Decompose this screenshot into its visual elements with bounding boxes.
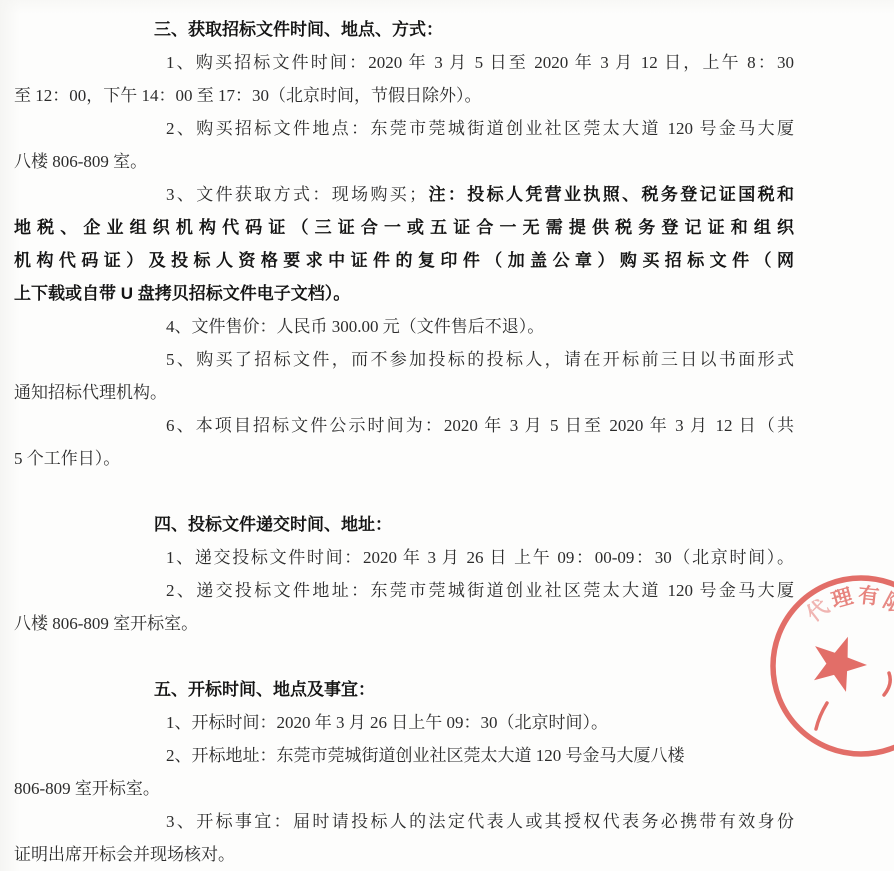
document-page: 三、获取招标文件时间、地点、方式：1、购买招标文件时间：2020 年 3 月 5…	[14, 13, 794, 871]
text-run: 三、获取招标文件时间、地点、方式：	[154, 20, 443, 39]
text-line: 八楼 806-809 室。	[14, 145, 794, 178]
text-run: 5 个工作日）。	[14, 449, 120, 468]
text-run: 2、递交投标文件地址：东莞市莞城街道创业社区莞太大道 120 号金马大厦	[166, 581, 794, 600]
seal-char: 有	[857, 583, 880, 609]
text-line: 5、购买了招标文件，而不参加投标的投标人，请在开标前三日以书面形式	[14, 343, 794, 376]
text-line: 806-809 室开标室。	[14, 772, 794, 805]
text-run: 2、开标地址：东莞市莞城街道创业社区莞太大道 120 号金马大厦八楼	[166, 746, 685, 765]
text-line: 2、开标地址：东莞市莞城街道创业社区莞太大道 120 号金马大厦八楼	[14, 739, 794, 772]
text-run: 八楼 806-809 室。	[14, 152, 147, 171]
text-line: 至 12：00，下午 14：00 至 17：30（北京时间，节假日除外）。	[14, 79, 794, 112]
text-line: 通知招标代理机构。	[14, 376, 794, 409]
seal-star-icon	[814, 637, 867, 692]
text-line: 1、购买招标文件时间：2020 年 3 月 5 日至 2020 年 3 月 12…	[14, 46, 794, 79]
text-line: 5 个工作日）。	[14, 442, 794, 475]
text-line: 3、文件获取方式：现场购买；注：投标人凭营业执照、税务登记证国税和	[14, 178, 794, 211]
text-run: 6、本项目招标文件公示时间为：2020 年 3 月 5 日至 2020 年 3 …	[166, 416, 794, 435]
text-line: 2、递交投标文件地址：东莞市莞城街道创业社区莞太大道 120 号金马大厦	[14, 574, 794, 607]
text-line: 证明出席开标会并现场核对。	[14, 838, 794, 871]
text-run: 1、递交投标文件时间：2020 年 3 月 26 日 上午 09：00-09：3…	[166, 548, 794, 567]
text-run: 806-809 室开标室。	[14, 779, 160, 798]
text-run: 2、购买招标文件地点：东莞市莞城街道创业社区莞太大道 120 号金马大厦	[166, 119, 794, 138]
text-run: 1、购买招标文件时间：2020 年 3 月 5 日至 2020 年 3 月 12…	[166, 53, 794, 72]
text-line: 4、文件售价：人民币 300.00 元（文件售后不退）。	[14, 310, 794, 343]
section-heading: 五、开标时间、地点及事宜：	[14, 673, 794, 706]
text-run: 3、文件获取方式：现场购买；	[166, 185, 426, 204]
seal-bottom-left-stroke	[816, 703, 827, 729]
seal-char: 理	[829, 585, 856, 613]
seal-right-stroke	[884, 673, 890, 695]
section-heading: 四、投标文件递交时间、地址：	[14, 508, 794, 541]
text-run: 3、开标事宜：届时请投标人的法定代表人或其授权代表务必携带有效身份	[166, 812, 794, 831]
text-run: 通知招标代理机构。	[14, 383, 167, 402]
text-run: 5、购买了招标文件，而不参加投标的投标人，请在开标前三日以书面形式	[166, 350, 794, 369]
text-line: 1、递交投标文件时间：2020 年 3 月 26 日 上午 09：00-09：3…	[14, 541, 794, 574]
text-run: 至 12：00，下午 14：00 至 17：30（北京时间，节假日除外）。	[14, 86, 482, 105]
text-run: 机构代码证）及投标人资格要求中证件的复印件（加盖公章）购买招标文件（网	[14, 251, 794, 270]
text-line: 6、本项目招标文件公示时间为：2020 年 3 月 5 日至 2020 年 3 …	[14, 409, 794, 442]
text-run: 1、开标时间：2020 年 3 月 26 日上午 09：30（北京时间）。	[166, 713, 608, 732]
seal-char: 限	[879, 589, 894, 619]
text-line: 机构代码证）及投标人资格要求中证件的复印件（加盖公章）购买招标文件（网	[14, 244, 794, 277]
text-run: 四、投标文件递交时间、地址：	[154, 515, 392, 534]
text-line: 地税、企业组织机构代码证（三证合一或五证合一无需提供税务登记证和组织	[14, 211, 794, 244]
text-run: 4、文件售价：人民币 300.00 元（文件售后不退）。	[166, 317, 544, 336]
seal-text: 代理有限	[802, 583, 894, 626]
text-line: 1、开标时间：2020 年 3 月 26 日上午 09：30（北京时间）。	[14, 706, 794, 739]
text-run: 证明出席开标会并现场核对。	[14, 845, 235, 864]
text-line: 3、开标事宜：届时请投标人的法定代表人或其授权代表务必携带有效身份	[14, 805, 794, 838]
text-line: 上下载或自带 U 盘拷贝招标文件电子文档）。	[14, 277, 794, 310]
text-run: 八楼 806-809 室开标室。	[14, 614, 198, 633]
text-run: 五、开标时间、地点及事宜：	[154, 680, 375, 699]
seal-char: 代	[802, 595, 833, 627]
text-run: 地税、企业组织机构代码证（三证合一或五证合一无需提供税务登记证和组织	[14, 218, 794, 237]
section-heading: 三、获取招标文件时间、地点、方式：	[14, 13, 794, 46]
text-line: 2、购买招标文件地点：东莞市莞城街道创业社区莞太大道 120 号金马大厦	[14, 112, 794, 145]
text-run: 上下载或自带 U 盘拷贝招标文件电子文档）。	[14, 284, 350, 303]
text-line: 八楼 806-809 室开标室。	[14, 607, 794, 640]
text-run: 注：投标人凭营业执照、税务登记证国税和	[426, 185, 794, 204]
